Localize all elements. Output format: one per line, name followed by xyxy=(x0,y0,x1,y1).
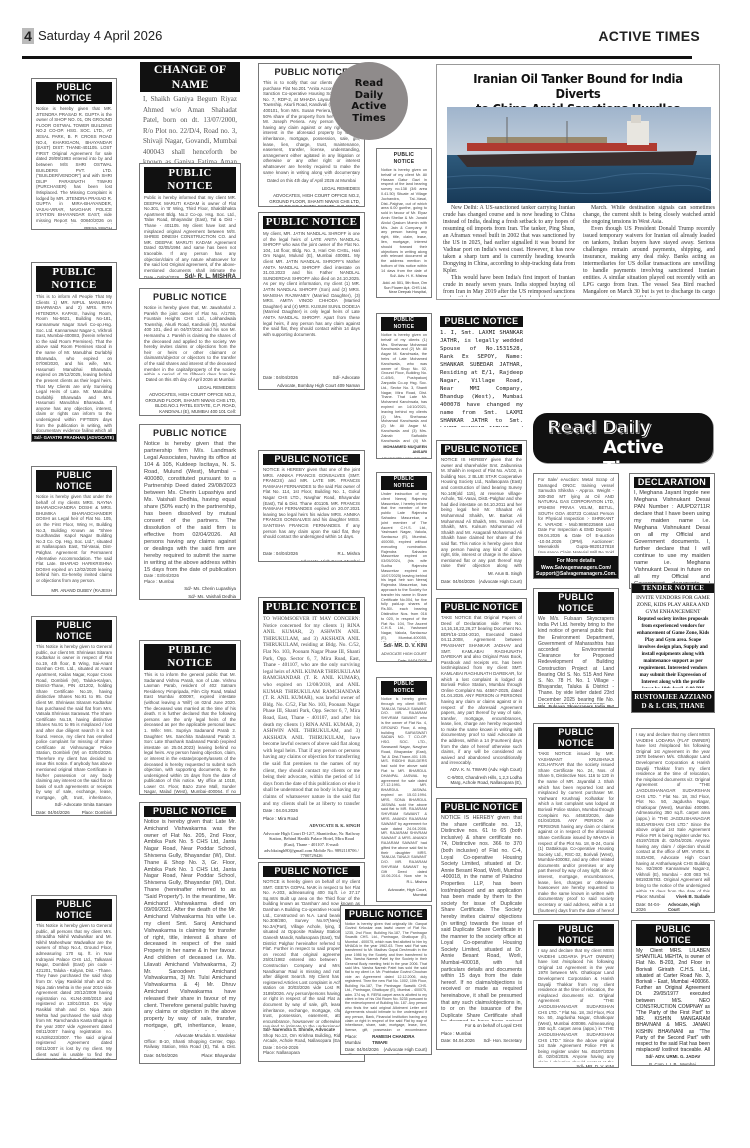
public-notice-24: PUBLIC NOTICE We M/s. Fulsaan Skyscraper… xyxy=(533,588,619,708)
public-notice-3: PUBLIC NOTICE Notice is hereby given tha… xyxy=(31,466,117,596)
headline-line-1: Iranian Oil Tanker Bound for India Diver… xyxy=(452,71,704,101)
notice-body: This Notice is hereby given to General p… xyxy=(36,923,112,1060)
notice-body: NOTICE IS HEREBY given that the owner an… xyxy=(441,457,522,569)
salvage-contact-box: For More details Www.Salvagemanagers.Com… xyxy=(534,556,618,579)
header-divider xyxy=(22,56,692,59)
notice-address: Office: 126, A-Wing, Apt Vikas HBO, Soc.… xyxy=(345,1053,427,1055)
notice-signature: LEGAL REMEDIES xyxy=(263,186,360,192)
public-notice-12: PUBLIC NOTICE My client, MR. JATIN NANDL… xyxy=(258,212,365,390)
notice-signature: Sd/- Advocate xyxy=(333,375,360,381)
notice-title: PUBLIC NOTICE xyxy=(144,428,236,439)
notice-body: This is to inform All People That My Cli… xyxy=(36,294,112,432)
notice-body: Notice is hereby given that originally M… xyxy=(345,922,427,1032)
notice-signature: Sd/- MR. D. V. KINI xyxy=(538,1064,614,1068)
salvage-email-link[interactable]: Support@Salvagemanagers.Com. xyxy=(536,571,616,578)
promo-line: Read xyxy=(355,78,383,90)
tender-subtitle: INVITE VENDORS FOR GAME ZONE, KIDS PLAY … xyxy=(636,595,710,616)
article-paragraph: Even though US President Donald Trump re… xyxy=(583,226,715,297)
notice-body: 1. I, Smt. LAXMI SHANKAR JATHR, is legal… xyxy=(440,329,523,427)
public-notice-8: PUBLIC NOTICE Notice is hereby given tha… xyxy=(139,424,241,600)
notice-title: PUBLIC NOTICE xyxy=(345,909,427,920)
notice-signature: M/s. Fulsaan Skyscrapers India Pvt Ltd. xyxy=(538,704,614,708)
notice-sign2: (Advocate High Court) xyxy=(384,1047,427,1053)
notice-place: Place: Mumbai xyxy=(345,1034,372,1045)
notice-signature: R.L. Mishra xyxy=(338,551,360,557)
notice-date: Date: 04/04/2026 xyxy=(36,810,70,816)
notice-body: TAKE NOTICE issued by MR. YASHWANT KRUSH… xyxy=(538,751,614,913)
notice-address: Advocate, Bombay High Court 409 Naman Mi… xyxy=(263,383,360,390)
notice-title: PUBLIC NOTICE xyxy=(636,924,710,946)
public-notice-10: PUBLIC NOTICE Notice is hereby given tha… xyxy=(139,802,241,1064)
public-notice-23: PUBLIC NOTICE NOTICE IS HEREBY given tha… xyxy=(436,798,527,1050)
public-notice-14: PUBLIC NOTICE TO WHOMSOEVER IT MAY CONCE… xyxy=(258,597,365,859)
notice-date: Date : 04/04/2026 xyxy=(263,375,298,381)
notice-signature: Vivek B. Sudade xyxy=(676,894,710,900)
notice-body: Notice is hereby given that under the be… xyxy=(36,494,112,586)
public-notice-16: PUBLIC NOTICE Notice is hereby given on … xyxy=(376,313,432,459)
notice-address: ADVOCATES, HIGH COURT OFFICE NO.2, GROUN… xyxy=(263,193,360,207)
page-header: 4 Saturday 4 April 2026 ACTIVE TIMES xyxy=(22,28,722,48)
article-column-2: March. While destination signals can som… xyxy=(583,205,715,297)
promo-line: Times xyxy=(352,113,385,125)
notice-body: Notice is hereby given that MR. JITENDRA… xyxy=(36,106,112,224)
notice-sign2: B. Com, L.L.B., Mumbai. xyxy=(636,1062,710,1066)
notice-mobile: Mobile no. 9867863218 / 7506153218 xyxy=(381,297,427,298)
notice-title: PUBLIC NOTICE xyxy=(381,681,427,695)
notice-title: PUBLIC NOTICE xyxy=(263,454,360,465)
article-body: New Delhi: A US-sanctioned tanker carryi… xyxy=(443,205,715,297)
notice-address: ADVOCATES, HIGH COURT OFFICE NO.2, GROUN… xyxy=(144,392,236,414)
read-daily-promo-circle: Read Daily Active Times xyxy=(330,62,408,140)
notice-sign2: Advocate, High Court, Mumbai xyxy=(263,559,360,562)
public-notice-22: PUBLIC NOTICE TAKE NOTICE that Original … xyxy=(436,598,527,788)
public-notice-1: PUBLIC NOTICE Notice is hereby given tha… xyxy=(31,78,117,230)
notice-sign2: ADVOCATE HIGH COURT xyxy=(381,652,427,658)
notice-place: Place : Mira Road xyxy=(263,816,298,822)
notice-signature: MR. ANAND DUBEY (RAJESH KUMAR TIWARI) xyxy=(36,588,112,596)
notice-body: Notice is hereby given through my client… xyxy=(381,697,427,877)
public-notice-6: PUBLIC NOTICE Public is hereby informed … xyxy=(139,163,241,279)
public-notice-19: PUBLIC NOTICE Notice is hereby given tha… xyxy=(340,905,432,1055)
notice-title: PUBLIC NOTICE xyxy=(36,266,112,292)
notice-title: PUBLIC NOTICE xyxy=(381,317,427,331)
article-paragraph: New Delhi: A US-sanctioned tanker carryi… xyxy=(443,205,575,275)
notice-date: Date - 04/04/2026 xyxy=(144,275,179,279)
notice-place: Place : Mumbai xyxy=(144,579,236,585)
notice-title: PUBLIC NOTICE xyxy=(441,802,522,813)
notice-address: Office: B-10, Shanti Shopping Center, Op… xyxy=(144,1039,236,1051)
notice-title: PUBLIC NOTICE xyxy=(263,216,360,229)
notice-place: Place: Bhayandar xyxy=(201,1053,236,1059)
notice-signature: Sd/- Adv. H. K. Mishra xyxy=(381,274,427,279)
notice-body: We M/s. Fulsaan Skyscrapers India Pvt Lt… xyxy=(538,616,614,704)
public-notice-26: PUBLIC NOTICE I say and declare that my … xyxy=(533,920,619,1068)
notice-date: Date: 04/04/2026 xyxy=(144,1053,178,1059)
notice-date: Date: 04/04/2026 xyxy=(381,659,427,662)
notice-title: PUBLIC NOTICE xyxy=(440,316,523,327)
notice-body: Notice is hereby given that the partners… xyxy=(144,441,236,573)
notice-body: Public is hereby informed that my client… xyxy=(144,195,236,273)
notice-signature: PRIYA SINGH xyxy=(36,226,112,230)
notice-sign2: (Advocate High Court) xyxy=(479,579,522,585)
notice-body: NOTICE IS HEREBY given that the share ce… xyxy=(441,815,522,1021)
notice-signature-1: Sd/- Ms. Cherin Lupashiya xyxy=(144,586,236,592)
promo-line: Active xyxy=(351,101,386,113)
issue-date: Saturday 4 April 2026 xyxy=(38,28,162,44)
tender-body: Reputed society invites proposals from e… xyxy=(636,616,710,688)
tender-notice: TENDER NOTICE INVITE VENDORS FOR GAME ZO… xyxy=(631,583,715,713)
notice-date: Date: 04-04-2026 xyxy=(636,902,668,913)
notice-body: TAKE NOTICE that Original Papers of Deed… xyxy=(441,615,522,765)
promo-line: Daily xyxy=(355,90,383,102)
notice-date: Date: 04.04.2026 xyxy=(441,1038,475,1044)
notice-signature: ADVOCATE B. K. SINGH xyxy=(263,823,360,829)
notice-title: PUBLIC NOTICE xyxy=(538,592,614,614)
notice-address: ADVOCATE HIGH COURT NOTARY, GOVT. OF IND… xyxy=(381,457,427,459)
notice-body: NOTICE is HEREBY given that one of the j… xyxy=(263,467,360,549)
public-notice-9: PUBLIC NOTICE This is to inform the gene… xyxy=(139,640,241,795)
notice-title: PUBLIC NOTICE xyxy=(36,899,112,921)
notice-date: Date: 04/04/2026 xyxy=(345,1047,379,1053)
declaration-notice: DECLARATION I, Meghana Jayant Ingole nee… xyxy=(629,473,715,589)
notice-signature: LEGAL REMEDIES xyxy=(144,385,236,391)
banner-line-1: Read Daily xyxy=(547,417,651,438)
public-notice-28: PUBLIC NOTICE My Client MRS. LILABEN SHA… xyxy=(631,920,715,1066)
notice-sign2: Sd/- Hon. Secretary xyxy=(483,1038,522,1044)
notice-place: Place : Mumbai xyxy=(441,1031,471,1037)
notice-title: PUBLIC NOTICE xyxy=(36,470,112,492)
notice-sign2: Advocate, High Court xyxy=(668,902,710,913)
public-notice-5: PUBLIC NOTICE This Notice is hereby give… xyxy=(31,895,117,1060)
notice-signature: Sd/- MR. D. V. KINI xyxy=(381,644,427,650)
notice-body: This Notice is hereby given to General p… xyxy=(36,644,112,800)
notice-signature: MOHAMMED MUQUEEN ANSARI xyxy=(381,445,427,455)
notice-body: Notice is hereby given that: Late Mr. Am… xyxy=(144,819,236,1031)
notice-body: I say and declare that my client MISS VA… xyxy=(636,732,710,892)
notice-sign2: Advocate, High Court, Mumbai xyxy=(381,887,427,898)
notice-title: PUBLIC NOTICE xyxy=(36,82,112,104)
notice-signature: For & on behalf of Loyal CHS xyxy=(441,1023,522,1029)
notice-place: Place: Dombivli xyxy=(82,810,112,816)
public-notice-land: PUBLIC NOTICE Notice is hereby given on … xyxy=(376,148,432,298)
declaration-title: DECLARATION xyxy=(634,477,710,488)
public-notice-18: PUBLIC NOTICE Notice is hereby given thr… xyxy=(376,677,432,902)
notice-address: Add. at: 501, 5th floor, Om Sun Flower A… xyxy=(381,281,427,295)
salvage-body: For Sale/ eAuction: Metal Scrap of Damag… xyxy=(538,477,614,553)
notice-title: PUBLIC NOTICE xyxy=(441,444,522,455)
notice-title: PUBLIC NOTICE xyxy=(144,644,236,670)
notice-dated: Dated on this 4th day of April 2026 at M… xyxy=(144,377,236,383)
notice-signature: RAMESH CHANDRA TIWARI xyxy=(372,1034,427,1045)
notice-signature: Mr. Arun B. Singh xyxy=(441,571,522,577)
notice-signature: ADV. K. N. TIWARI (Adv. High Court) xyxy=(441,767,522,773)
tender-footer: RUSTOMJEE AZZIANO D & L CHS, THANE xyxy=(632,691,714,713)
article-column-1: New Delhi: A US-sanctioned tanker carryi… xyxy=(443,205,575,297)
notice-title: PUBLIC NOTICE xyxy=(441,602,522,613)
notice-title: PUBLIC NOTICE xyxy=(381,476,427,490)
notice-title: PUBLIC NOTICE xyxy=(144,292,236,303)
salvage-auction-notice: For Sale/ eAuction: Metal Scrap of Damag… xyxy=(533,473,619,579)
article-photo-oil-tanker xyxy=(447,107,711,203)
article-paragraph: This would have been India's first impor… xyxy=(443,275,575,297)
public-notice-4: PUBLIC NOTICE This Notice is hereby give… xyxy=(31,616,117,816)
tanker-image xyxy=(447,107,711,203)
public-notice-7: PUBLIC NOTICE Notice is hereby given tha… xyxy=(139,288,241,416)
public-notice-17: PUBLIC NOTICE Under instruction of my cl… xyxy=(376,472,432,662)
notice-date: Date : 04/04/2026 xyxy=(263,551,298,557)
news-article: Iranian Oil Tanker Bound for India Diver… xyxy=(436,64,720,300)
public-notice-20: PUBLIC NOTICE 1. I, Smt. LAXMI SHANKAR J… xyxy=(436,313,527,433)
notice-title: PUBLIC NOTICE xyxy=(538,727,614,749)
notice-body: This is to inform the general public tha… xyxy=(144,672,236,794)
public-notice-25: PUBLIC NOTICE TAKE NOTICE issued by MR. … xyxy=(533,723,619,915)
public-notice-13: PUBLIC NOTICE NOTICE is HEREBY given tha… xyxy=(258,450,365,562)
notice-title: PUBLIC NOTICE xyxy=(144,167,236,193)
public-notice-27: I say and declare that my client MISS VA… xyxy=(631,728,715,913)
change-of-name-notice: CHANGE OF NAME I, Shaikh Ganiya Begum Ri… xyxy=(140,62,240,158)
notice-signature: R.L. Mishra xyxy=(381,879,427,885)
notice-body: Under instruction of my client Neeraj Ra… xyxy=(381,492,427,642)
declaration-body: I, Meghana Jayant Ingole nee Meghana Vis… xyxy=(634,490,710,589)
notice-signature: Sd/- ADV. URMI. G. JADAV xyxy=(636,1054,710,1060)
notice-title: PUBLIC NOTICE xyxy=(263,601,360,614)
notice-title: PUBLIC NOTICE xyxy=(538,924,614,946)
tender-title: TENDER NOTICE xyxy=(632,584,714,593)
article-paragraph: March. While destination signals can som… xyxy=(583,205,715,226)
public-notice-21: PUBLIC NOTICE NOTICE IS HEREBY given tha… xyxy=(436,440,527,590)
notice-date: Date : 04.04.2026 xyxy=(263,808,298,814)
notice-place: Place: Mumbai xyxy=(636,894,665,900)
notice-signature: Sd/- Advocate Smita Sansare xyxy=(36,802,112,808)
notice-body: My Client MRS. LILABEN SHANTILAL MEHTA, … xyxy=(636,948,710,1052)
notice-body: Notice is hereby given on behalf of my c… xyxy=(381,168,427,272)
notice-dated: Dated on this 4th day of April 2026 at M… xyxy=(263,178,360,184)
notice-title: PUBLIC NOTICE xyxy=(36,620,112,642)
notice-body: Notice is hereby given on behalf of my c… xyxy=(381,333,427,443)
notice-body: Notice is hereby given that, Mr. Jawahar… xyxy=(144,305,236,375)
notice-address: C-9/003, Chandresh Hills, 1,2,3 Lodha Ma… xyxy=(441,775,522,786)
notice-title: PUBLIC NOTICE xyxy=(263,866,360,877)
page-number: 4 xyxy=(22,28,34,44)
notice-signature: Sd/- R. L. MISHRA xyxy=(185,275,236,279)
notice-signature-2: Sd/- Ms. Vaishali Dedhia xyxy=(144,594,236,600)
notice-title: PUBLIC NOTICE xyxy=(144,806,236,817)
notice-body: My client, MR. JATIN NANDLAL SHROFF is o… xyxy=(263,231,360,373)
newspaper-name: ACTIVE TIMES xyxy=(598,28,700,44)
read-daily-active-times-banner: Read Daily Active Times xyxy=(533,413,713,463)
notice-footer: Sd/- GAYATRI PRADHAN (ADVOCATE) OFFICE N… xyxy=(32,434,116,442)
notice-title: PUBLIC NOTICE xyxy=(381,152,427,166)
public-notice-2: PUBLIC NOTICE This is to inform All Peop… xyxy=(31,262,117,442)
change-of-name-title: CHANGE OF NAME xyxy=(140,62,240,92)
notice-body: I say and declare that my client MISS VA… xyxy=(538,948,614,1062)
notice-date: Date: 04/04/2026 xyxy=(441,579,475,585)
notice-body: TO WHOMSOEVER IT MAY CONCERN: Notice con… xyxy=(263,616,360,806)
notice-address: Advocate High Court D-12/7, Shantivihar,… xyxy=(263,831,360,859)
